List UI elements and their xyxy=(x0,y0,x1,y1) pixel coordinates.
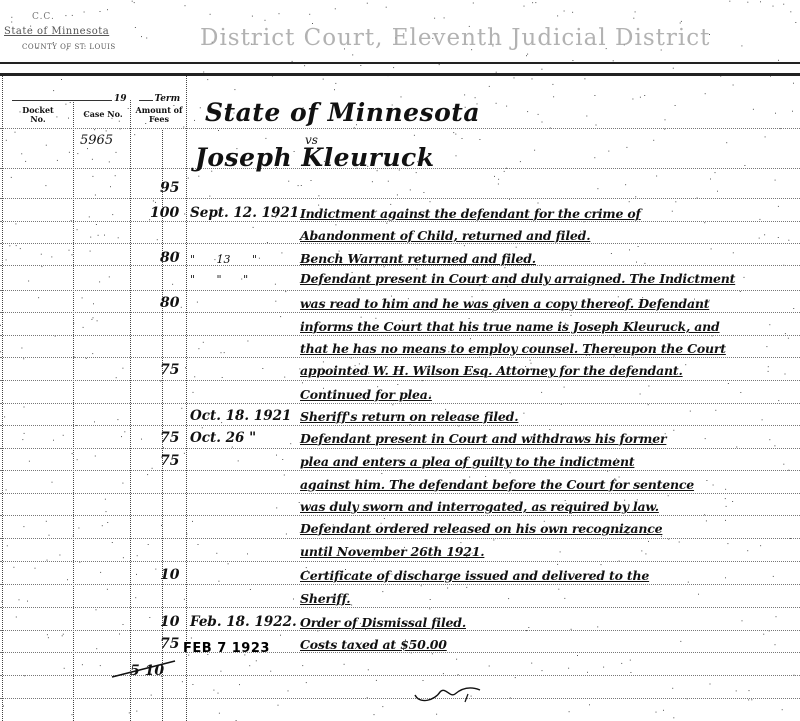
defendant-name: Joseph Kleuruck xyxy=(195,143,435,172)
ruled-line xyxy=(0,403,800,404)
total-strike-line xyxy=(110,655,180,680)
entry-fee: 80 xyxy=(160,250,179,266)
ruled-line xyxy=(0,470,800,471)
entry-fee: 80 xyxy=(160,295,179,311)
entry-text: Continued for plea. xyxy=(300,387,432,402)
ruled-line xyxy=(0,221,800,222)
header-rule-bottom xyxy=(0,73,800,76)
ruled-line xyxy=(0,128,800,129)
ruled-line xyxy=(0,198,800,199)
entry-text: Defendant present in Court and withdraws… xyxy=(300,431,666,446)
filing-stamp: FEB 7 1923 xyxy=(183,641,270,656)
ruled-line xyxy=(0,538,800,539)
ruled-line xyxy=(0,630,800,631)
entry-fee: 75 xyxy=(160,430,179,446)
term-label: Term xyxy=(155,94,181,104)
entry-date: Oct. 18. 1921 xyxy=(190,408,291,424)
entry-fee: 75 xyxy=(160,362,179,378)
entry-text: Costs taxed at $50.00 xyxy=(300,637,447,652)
ruled-line xyxy=(0,584,800,585)
entry-text: Sheriff. xyxy=(300,591,350,606)
entry-text: Abandonment of Child, returned and filed… xyxy=(300,228,590,243)
entry-fee: 10 xyxy=(160,614,179,630)
entry-text: Order of Dismissal filed. xyxy=(300,615,466,630)
entry-text: informs the Court that his true name is … xyxy=(300,319,720,334)
ruled-line xyxy=(0,335,800,336)
ruled-line xyxy=(0,561,800,562)
column-header-fees: Amount of Fees xyxy=(133,106,185,124)
header-county: COUNTY OF ST. LOUIS xyxy=(22,43,116,51)
entry-text: appointed W. H. Wilson Esq. Attorney for… xyxy=(300,363,683,378)
column-divider xyxy=(186,76,187,721)
ruled-line xyxy=(0,380,800,381)
entry-fee: 75 xyxy=(160,453,179,469)
docket-page: C.C. State of Minnesota COUNTY OF ST. LO… xyxy=(0,0,800,721)
column-divider xyxy=(2,76,3,721)
ruled-line xyxy=(0,607,800,608)
column-divider xyxy=(130,100,131,721)
case-number: 5965 xyxy=(80,133,113,148)
entry-text: was duly sworn and interrogated, as requ… xyxy=(300,499,659,514)
term-year: 19 xyxy=(114,94,127,104)
entry-text: Indictment against the defendant for the… xyxy=(300,206,641,221)
entry-fee: 100 xyxy=(150,205,179,221)
ruled-line xyxy=(0,243,800,244)
header-state: State of Minnesota xyxy=(4,26,109,37)
entry-fee: 95 xyxy=(160,180,179,196)
entry-fee: 10 xyxy=(160,567,179,583)
signature-mark xyxy=(410,680,490,705)
header-mark: C.C. xyxy=(32,12,55,22)
entry-text: that he has no means to employ counsel. … xyxy=(300,341,726,356)
entry-text: was read to him and he was given a copy … xyxy=(300,296,709,311)
ruled-line xyxy=(0,290,800,291)
entry-fee: 75 xyxy=(160,636,179,652)
entry-text: until November 26th 1921. xyxy=(300,544,484,559)
ruled-line xyxy=(0,652,800,653)
entry-text: plea and enters a plea of guilty to the … xyxy=(300,454,634,469)
ruled-line xyxy=(0,493,800,494)
entry-date: " 13 " xyxy=(190,253,257,266)
entry-text: Defendant ordered released on his own re… xyxy=(300,521,662,536)
ruled-line xyxy=(0,357,800,358)
entry-text: Certificate of discharge issued and deli… xyxy=(300,568,649,583)
entry-text: Defendant present in Court and duly arra… xyxy=(300,271,735,286)
entry-date: " " " xyxy=(190,273,248,286)
entry-text: against him. The defendant before the Co… xyxy=(300,477,694,492)
term-line: 19Term xyxy=(12,94,180,104)
ruled-line xyxy=(0,698,800,699)
entry-text: Sheriff's return on release filed. xyxy=(300,409,518,424)
ruled-line xyxy=(0,515,800,516)
entry-text: Bench Warrant returned and filed. xyxy=(300,251,536,266)
header-court-title: District Court, Eleventh Judicial Distri… xyxy=(200,25,710,51)
header-jurisdiction: C.C. State of Minnesota COUNTY OF ST. LO… xyxy=(2,10,160,50)
ruled-line xyxy=(0,425,800,426)
entry-date: Sept. 12. 1921 xyxy=(190,205,299,221)
ruled-line xyxy=(0,312,800,313)
column-divider xyxy=(73,100,74,721)
header-rule-top xyxy=(0,62,800,64)
entry-date: Oct. 26 " xyxy=(190,430,256,446)
plaintiff-name: State of Minnesota xyxy=(205,98,480,127)
column-header-docket: Docket No. xyxy=(18,106,58,124)
ruled-line xyxy=(0,448,800,449)
column-header-case: Case No. xyxy=(78,110,128,119)
entry-date: Feb. 18. 1922. xyxy=(190,614,297,630)
